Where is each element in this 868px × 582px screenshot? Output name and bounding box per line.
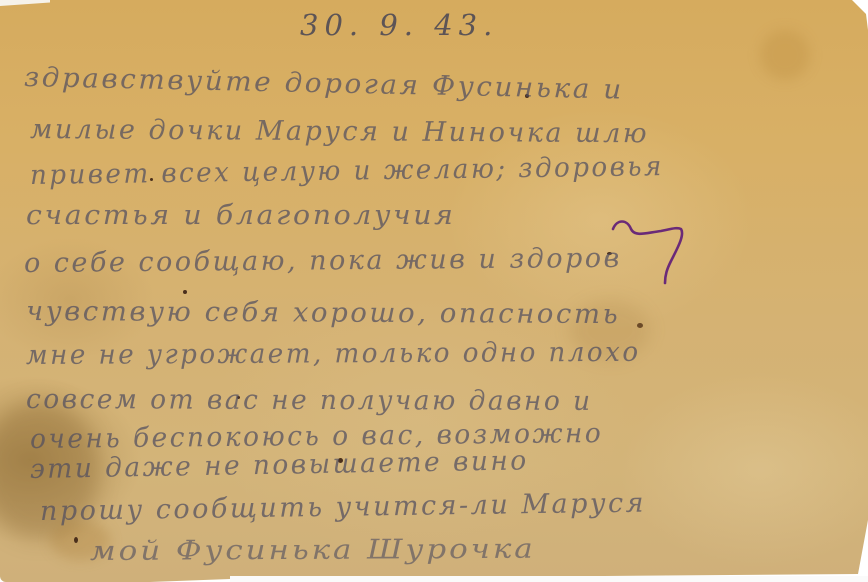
paper-edge bbox=[230, 576, 868, 582]
signature-line: мой Фусинька Шурочка bbox=[90, 534, 536, 568]
text-line: о себе сообщаю, пока жив и здоров bbox=[24, 243, 622, 280]
postcard: 30. 9. 43. здравствуйте дорогая Фусинька… bbox=[0, 0, 868, 582]
text-line: чувствую себя хорошо, опасность bbox=[26, 296, 620, 331]
text-line: здравствуйте дорогая Фусинька и bbox=[24, 62, 624, 107]
text-line: привет всех целую и желаю; здоровья bbox=[30, 151, 664, 192]
text-line: совсем от вас не получаю давно и bbox=[26, 384, 593, 418]
text-line: счастья и благополучия bbox=[26, 200, 456, 232]
date: 30. 9. 43. bbox=[300, 8, 498, 42]
text-line: милые дочки Маруся и Ниночка шлю bbox=[30, 114, 649, 150]
text-line: прошу сообщить учится-ли Маруся bbox=[40, 488, 646, 528]
purple-ink-mark bbox=[605, 215, 695, 285]
handwritten-text: 30. 9. 43. здравствуйте дорогая Фусинька… bbox=[0, 0, 868, 582]
text-line: мне не угрожает, только одно плохо bbox=[26, 337, 641, 372]
